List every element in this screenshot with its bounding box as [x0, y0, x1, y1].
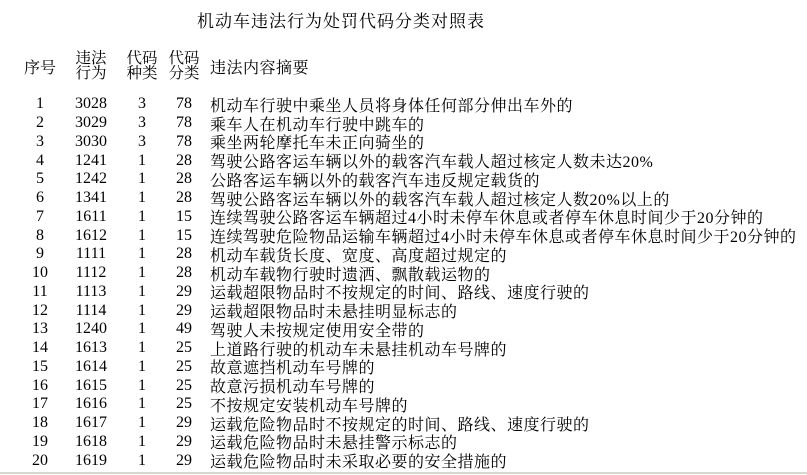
row-code-kind: 1 — [116, 189, 168, 207]
row-code-category: 28 — [168, 152, 200, 170]
row-summary: 运载危险物品时未采取必要的安全措施的 — [210, 449, 507, 472]
row-code-category: 28 — [168, 245, 200, 263]
row-code-category: 29 — [168, 283, 200, 301]
header-code-kind-line1: 代码 — [116, 51, 168, 66]
header-code-category-line2: 分类 — [168, 66, 200, 81]
row-violation-code: 1242 — [66, 170, 116, 188]
row-code-kind: 1 — [116, 395, 168, 413]
table-body: 1 3028 3 78 机动车行驶中乘坐人员将身体任何部分伸出车外的 2 302… — [0, 95, 807, 470]
row-code-category: 28 — [168, 264, 200, 282]
row-violation-code: 3030 — [66, 133, 116, 151]
row-violation-code: 1619 — [66, 452, 116, 470]
row-violation-code: 1612 — [66, 227, 116, 245]
header-summary: 违法内容摘要 — [210, 55, 309, 78]
row-code-kind: 1 — [116, 452, 168, 470]
header-code-category-line1: 代码 — [168, 51, 200, 66]
row-code-category: 25 — [168, 395, 200, 413]
violation-code-table: 序号 违法 行为 代码 种类 代码 分类 违法内容摘要 1 3028 3 78 … — [0, 50, 807, 470]
table-row: 15 1614 1 25 故意遮挡机动车号牌的 — [0, 358, 807, 377]
header-violation-code-line2: 行为 — [66, 66, 116, 81]
row-seq: 1 — [14, 95, 66, 113]
row-code-kind: 1 — [116, 245, 168, 263]
row-code-category: 15 — [168, 227, 200, 245]
row-seq: 4 — [14, 152, 66, 170]
row-code-kind: 1 — [116, 377, 168, 395]
row-violation-code: 1616 — [66, 395, 116, 413]
table-header-row: 序号 违法 行为 代码 种类 代码 分类 违法内容摘要 — [0, 50, 807, 82]
row-code-category: 29 — [168, 452, 200, 470]
row-code-kind: 1 — [116, 283, 168, 301]
row-seq: 3 — [14, 133, 66, 151]
row-code-kind: 1 — [116, 358, 168, 376]
row-seq: 8 — [14, 227, 66, 245]
row-violation-code: 1114 — [66, 302, 116, 320]
row-code-kind: 3 — [116, 95, 168, 113]
row-seq: 7 — [14, 208, 66, 226]
row-seq: 17 — [14, 395, 66, 413]
row-code-category: 78 — [168, 114, 200, 132]
row-code-category: 28 — [168, 170, 200, 188]
row-code-category: 78 — [168, 95, 200, 113]
row-code-category: 29 — [168, 302, 200, 320]
row-seq: 12 — [14, 302, 66, 320]
header-code-kind: 代码 种类 — [116, 51, 168, 81]
row-code-kind: 1 — [116, 264, 168, 282]
page-title: 机动车违法行为处罚代码分类对照表 — [0, 7, 682, 32]
row-violation-code: 1241 — [66, 152, 116, 170]
row-code-kind: 3 — [116, 114, 168, 132]
row-code-kind: 3 — [116, 133, 168, 151]
header-seq: 序号 — [14, 55, 66, 78]
row-code-kind: 1 — [116, 302, 168, 320]
row-violation-code: 3028 — [66, 95, 116, 113]
row-violation-code: 1113 — [66, 283, 116, 301]
row-seq: 2 — [14, 114, 66, 132]
row-code-kind: 1 — [116, 339, 168, 357]
bottom-divider — [0, 472, 807, 474]
row-code-kind: 1 — [116, 320, 168, 338]
row-code-category: 15 — [168, 208, 200, 226]
row-code-category: 25 — [168, 339, 200, 357]
row-code-category: 78 — [168, 133, 200, 151]
row-code-category: 29 — [168, 433, 200, 451]
row-code-kind: 1 — [116, 227, 168, 245]
row-code-category: 25 — [168, 358, 200, 376]
row-seq: 9 — [14, 245, 66, 263]
header-code-kind-line2: 种类 — [116, 66, 168, 81]
table-row: 14 1613 1 25 上道路行驶的机动车未悬挂机动车号牌的 — [0, 339, 807, 358]
row-violation-code: 3029 — [66, 114, 116, 132]
row-seq: 14 — [14, 339, 66, 357]
row-violation-code: 1240 — [66, 320, 116, 338]
table-row: 20 1619 1 29 运载危险物品时未采取必要的安全措施的 — [0, 451, 807, 470]
row-seq: 11 — [14, 283, 66, 301]
row-violation-code: 1617 — [66, 414, 116, 432]
row-seq: 15 — [14, 358, 66, 376]
row-code-kind: 1 — [116, 433, 168, 451]
row-seq: 13 — [14, 320, 66, 338]
row-seq: 5 — [14, 170, 66, 188]
row-seq: 6 — [14, 189, 66, 207]
header-violation-code-line1: 违法 — [66, 51, 116, 66]
row-code-kind: 1 — [116, 152, 168, 170]
row-seq: 18 — [14, 414, 66, 432]
row-code-category: 25 — [168, 377, 200, 395]
header-code-category: 代码 分类 — [168, 51, 200, 81]
row-code-kind: 1 — [116, 208, 168, 226]
row-violation-code: 1613 — [66, 339, 116, 357]
document-page: 机动车违法行为处罚代码分类对照表 序号 违法 行为 代码 种类 代码 分类 违法… — [0, 0, 807, 475]
row-violation-code: 1112 — [66, 264, 116, 282]
row-seq: 19 — [14, 433, 66, 451]
row-seq: 20 — [14, 452, 66, 470]
row-seq: 16 — [14, 377, 66, 395]
row-code-category: 49 — [168, 320, 200, 338]
header-violation-code: 违法 行为 — [66, 51, 116, 81]
row-violation-code: 1615 — [66, 377, 116, 395]
row-violation-code: 1111 — [66, 245, 116, 263]
row-violation-code: 1614 — [66, 358, 116, 376]
row-code-kind: 1 — [116, 414, 168, 432]
row-violation-code: 1618 — [66, 433, 116, 451]
row-seq: 10 — [14, 264, 66, 282]
row-violation-code: 1341 — [66, 189, 116, 207]
row-code-category: 28 — [168, 189, 200, 207]
row-violation-code: 1611 — [66, 208, 116, 226]
row-code-category: 29 — [168, 414, 200, 432]
row-code-kind: 1 — [116, 170, 168, 188]
